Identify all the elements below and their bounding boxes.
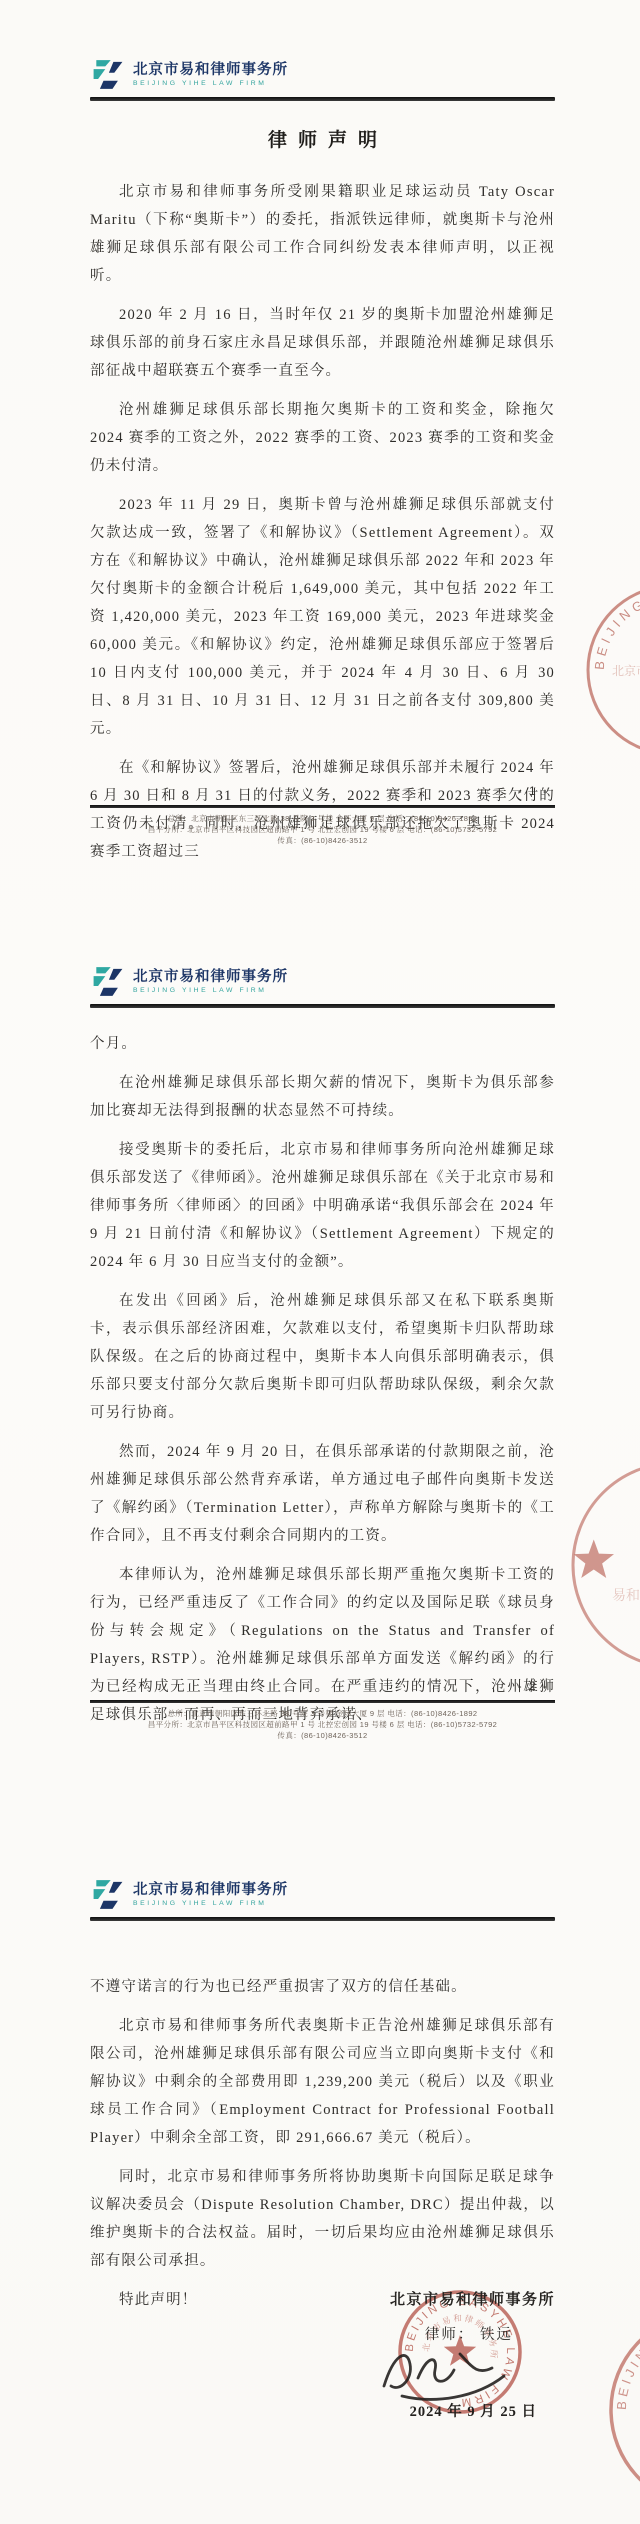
firm-name-en: BEIJING YIHE LAW FIRM bbox=[133, 1900, 288, 1907]
firm-logo-icon bbox=[90, 965, 126, 998]
footer-line: 总所：北京市朝阳区东三环北路 38 号院 3 号楼 金环大厦 9 层 电话：(8… bbox=[90, 1708, 555, 1719]
footer-address: 总所：北京市朝阳区东三环北路 38 号院 3 号楼 金环大厦 9 层 电话：(8… bbox=[90, 813, 555, 846]
page-3-body: 不遵守诺言的行为也已经严重损害了双方的信任基础。北京市易和律师事务所代表奥斯卡正… bbox=[90, 1973, 555, 2314]
footer-address: 总所：北京市朝阳区东三环北路 38 号院 3 号楼 金环大厦 9 层 电话：(8… bbox=[90, 1708, 555, 1741]
firm-logotype: 北京市易和律师事务所 BEIJING YIHE LAW FIRM bbox=[133, 969, 288, 994]
signature-firm-name: 北京市易和律师事务所 bbox=[390, 2288, 555, 2309]
page-number: - 1 - bbox=[90, 784, 555, 798]
paragraph: 2023 年 11 月 29 日，奥斯卡曾与沧州雄狮足球俱乐部就支付欠款达成一致… bbox=[90, 491, 555, 743]
firm-name-en: BEIJING YIHE LAW FIRM bbox=[133, 987, 288, 994]
page-1: 北京市易和律师事务所 BEIJING YIHE LAW FIRM 律师声明 北京… bbox=[0, 0, 640, 862]
paragraph: 不遵守诺言的行为也已经严重损害了双方的信任基础。 bbox=[90, 1973, 555, 2001]
page-2: 北京市易和律师事务所 BEIJING YIHE LAW FIRM 个月。在沧州雄… bbox=[0, 862, 640, 1757]
firm-name-cn: 北京市易和律师事务所 bbox=[133, 62, 288, 78]
page-1-footer: - 1 - 总所：北京市朝阳区东三环北路 38 号院 3 号楼 金环大厦 9 层… bbox=[90, 784, 555, 846]
paragraph: 2020 年 2 月 16 日，当时年仅 21 岁的奥斯卡加盟沧州雄狮足球俱乐部… bbox=[90, 301, 555, 385]
footer-line: 昌平分所：北京市昌平区科技园区超前路甲 1 号 北控宏创园 19 号楼 6 层 … bbox=[90, 824, 555, 835]
firm-logotype: 北京市易和律师事务所 BEIJING YIHE LAW FIRM bbox=[133, 1882, 288, 1907]
letterhead: 北京市易和律师事务所 BEIJING YIHE LAW FIRM bbox=[90, 965, 555, 998]
firm-logotype: 北京市易和律师事务所 BEIJING YIHE LAW FIRM bbox=[133, 62, 288, 87]
footer-line: 传真：(86-10)8426-3512 bbox=[90, 1730, 555, 1741]
firm-name-cn: 北京市易和律师事务所 bbox=[133, 1882, 288, 1898]
paragraph: 然而，2024 年 9 月 20 日，在俱乐部承诺的付款期限之前，沧州雄狮足球俱… bbox=[90, 1438, 555, 1550]
paragraph: 在沧州雄狮足球俱乐部长期欠薪的情况下，奥斯卡为俱乐部参加比赛却无法得到报酬的状态… bbox=[90, 1069, 555, 1125]
firm-name-en: BEIJING YIHE LAW FIRM bbox=[133, 80, 288, 87]
paragraph: 沧州雄狮足球俱乐部长期拖欠奥斯卡的工资和奖金，除拖欠 2024 赛季的工资之外，… bbox=[90, 396, 555, 480]
document-title: 律师声明 bbox=[90, 125, 555, 152]
paragraph: 北京市易和律师事务所代表奥斯卡正告沧州雄狮足球俱乐部有限公司，沧州雄狮足球俱乐部… bbox=[90, 2012, 555, 2152]
page-1-body: 北京市易和律师事务所受刚果籍职业足球运动员 Taty Oscar Maritu（… bbox=[90, 178, 555, 866]
paragraph: 北京市易和律师事务所受刚果籍职业足球运动员 Taty Oscar Maritu（… bbox=[90, 178, 555, 290]
paragraph: 在发出《回函》后，沧州雄狮足球俱乐部又在私下联系奥斯卡，表示俱乐部经济困难，欠款… bbox=[90, 1287, 555, 1427]
footer-line: 传真：(86-10)8426-3512 bbox=[90, 835, 555, 846]
paragraph: 个月。 bbox=[90, 1030, 555, 1058]
letterhead-rule bbox=[90, 1917, 555, 1921]
handwritten-signature bbox=[374, 2336, 509, 2411]
firm-logo-icon bbox=[90, 1878, 126, 1911]
footer-line: 昌平分所：北京市昌平区科技园区超前路甲 1 号 北控宏创园 19 号楼 6 层 … bbox=[90, 1719, 555, 1730]
paragraph: 接受奥斯卡的委托后，北京市易和律师事务所向沧州雄狮足球俱乐部发送了《律师函》。沧… bbox=[90, 1136, 555, 1276]
page-2-body: 个月。在沧州雄狮足球俱乐部长期欠薪的情况下，奥斯卡为俱乐部参加比赛却无法得到报酬… bbox=[90, 1030, 555, 1729]
letterhead-rule bbox=[90, 97, 555, 101]
page-number: - 2 - bbox=[90, 1679, 555, 1693]
paragraph: 同时，北京市易和律师事务所将协助奥斯卡向国际足联足球争议解决委员会（Disput… bbox=[90, 2163, 555, 2275]
scanned-legal-document: 北京市易和律师事务所 BEIJING YIHE LAW FIRM 律师声明 北京… bbox=[0, 0, 640, 2524]
letterhead: 北京市易和律师事务所 BEIJING YIHE LAW FIRM bbox=[90, 58, 555, 91]
footer-rule bbox=[90, 805, 555, 808]
firm-logo-icon bbox=[90, 58, 126, 91]
footer-rule bbox=[90, 1700, 555, 1703]
footer-line: 总所：北京市朝阳区东三环北路 38 号院 3 号楼 金环大厦 9 层 电话：(8… bbox=[90, 813, 555, 824]
letterhead-rule bbox=[90, 1004, 555, 1008]
page-2-footer: - 2 - 总所：北京市朝阳区东三环北路 38 号院 3 号楼 金环大厦 9 层… bbox=[90, 1679, 555, 1741]
firm-name-cn: 北京市易和律师事务所 bbox=[133, 969, 288, 985]
letterhead: 北京市易和律师事务所 BEIJING YIHE LAW FIRM bbox=[90, 1878, 555, 1911]
